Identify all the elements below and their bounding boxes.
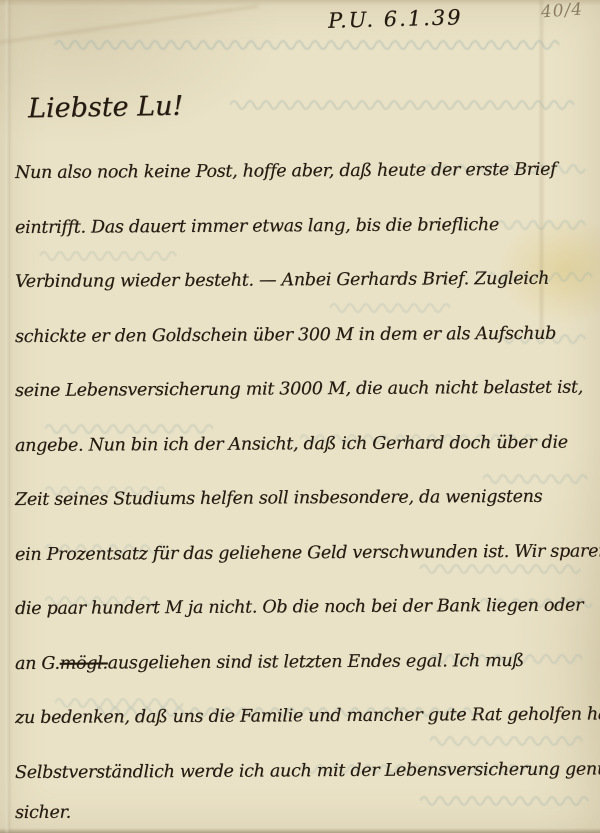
- bleedthrough-line: [55, 36, 560, 54]
- letter-line: Nun also noch keine Post, hoffe aber, da…: [15, 142, 592, 200]
- line-text: Nun also noch keine Post, hoffe aber, da…: [15, 160, 556, 183]
- line-text: die paar hundert M ja nicht. Ob die noch…: [15, 596, 583, 619]
- struck-word: mögl.: [60, 653, 108, 673]
- line-text: zu bedenken, daß uns die Familie und man…: [15, 705, 600, 729]
- page-number: 40/4: [540, 0, 583, 22]
- letter-line: eintrifft. Das dauert immer etwas lang, …: [15, 197, 592, 255]
- line-text: an G.: [15, 653, 60, 673]
- line-text: eintrifft. Das dauert immer etwas lang, …: [15, 215, 499, 238]
- letter-line: sicher.: [15, 782, 592, 833]
- letter-line: angebe. Nun bin ich der Ansicht, daß ich…: [15, 415, 592, 473]
- letter-page: 40/4 P.U. 6.1.39 Liebste Lu! Nun also no…: [0, 0, 600, 833]
- letter-line: Verbindung wieder besteht. — Anbei Gerha…: [15, 251, 592, 309]
- line-text: sicher.: [15, 803, 71, 823]
- line-text: schickte er den Goldschein über 300 M in…: [15, 323, 556, 346]
- line-text: seine Lebensversicherung mit 3000 M, die…: [15, 378, 583, 401]
- dateline: P.U. 6.1.39: [328, 5, 463, 33]
- letter-line: Zeit seines Studiums helfen soll insbeso…: [15, 469, 592, 527]
- letter-line: zu bedenken, daß uns die Familie und man…: [15, 687, 592, 745]
- letter-line: die paar hundert M ja nicht. Ob die noch…: [15, 578, 592, 636]
- fold-crease-top: [0, 5, 259, 49]
- letter-line: schickte er den Goldschein über 300 M in…: [15, 306, 592, 364]
- letter-body: Nun also noch keine Post, hoffe aber, da…: [15, 146, 592, 833]
- salutation: Liebste Lu!: [28, 91, 184, 125]
- line-text: ausgeliehen sind ist letzten Endes egal.…: [108, 651, 524, 674]
- fold-crease-left: [6, 0, 10, 833]
- line-text: ein Prozentsatz für das geliehene Geld v…: [15, 541, 600, 565]
- letter-line: ein Prozentsatz für das geliehene Geld v…: [15, 524, 592, 582]
- line-text: Verbindung wieder besteht. — Anbei Gerha…: [15, 269, 549, 292]
- letter-line: an G. mögl. ausgeliehen sind ist letzten…: [15, 633, 592, 691]
- line-text: Zeit seines Studiums helfen soll insbeso…: [15, 487, 542, 510]
- line-text: angebe. Nun bin ich der Ansicht, daß ich…: [15, 432, 568, 455]
- line-text: Selbstverständlich werde ich auch mit de…: [15, 759, 600, 783]
- bleedthrough-line: [230, 96, 575, 114]
- letter-line: seine Lebensversicherung mit 3000 M, die…: [15, 360, 592, 418]
